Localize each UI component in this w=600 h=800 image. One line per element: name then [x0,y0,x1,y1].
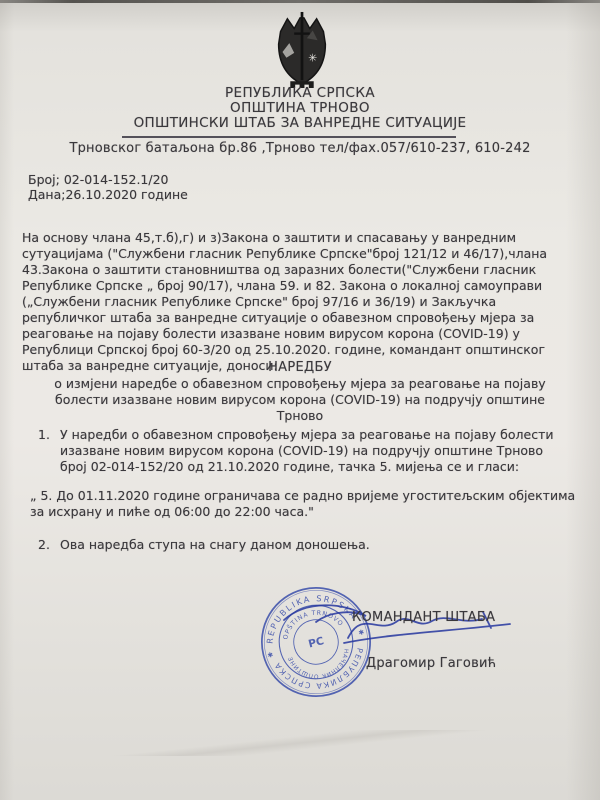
item-text: Ова наредба ступа на снагу даном доношењ… [60,537,570,553]
item-number: 1. [38,427,54,475]
order-subtitle: о измјени наредбе о обавезном спровођењу… [30,376,570,424]
header-address: Трновског батаљона бр.86 ,Трново тел/фах… [0,141,600,156]
scan-top-edge [0,0,600,3]
paper-crease [0,730,600,756]
svg-text:✳: ✳ [308,52,317,65]
order-item-2: 2. Ова наредба ступа на снагу даном доно… [38,537,570,553]
item-text: У наредби о обавезном спровођењу мјера з… [60,427,570,475]
trnovo-coat-of-arms-icon: ✳ [260,11,344,89]
order-title: НАРЕДБУ [0,360,600,375]
scanned-official-document: { "document": { "header": { "emblem_icon… [0,0,600,800]
amended-point-quote: „ 5. До 01.11.2020 године ограничава се … [30,488,578,520]
item-number: 2. [38,537,54,553]
signature-name: Драгомир Гаговић [366,656,496,671]
header-municipality: ОПШТИНА ТРНОВО [0,100,600,116]
preamble-paragraph: На основу члана 45,т.б),г) и з)Закона о … [22,230,582,374]
stamp-star-left: ✱ [267,651,274,660]
header-republic: РЕПУБЛИКА СРПСКА [0,85,600,101]
header-divider-line [122,136,456,138]
header-staff: ОПШТИНСКИ ШТАБ ЗА ВАНРЕДНЕ СИТУАЦИЈЕ [0,115,600,131]
order-item-1: 1. У наредби о обавезном спровођењу мјер… [38,427,570,475]
reference-number: Број; 02-014-152.1/20 [28,172,169,187]
reference-date: Дана;26.10.2020 године [28,187,188,202]
signature-role: КОМАНДАНТ ШТАБА [352,610,495,625]
